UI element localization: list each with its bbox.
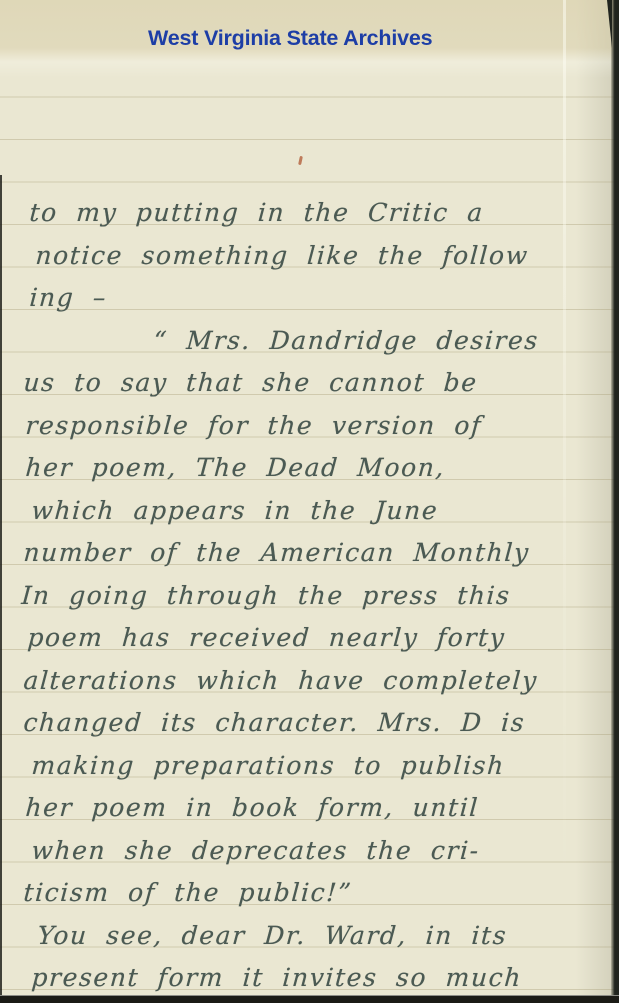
- handwritten-line: making preparations to publish: [30, 745, 619, 788]
- handwritten-line: when she deprecates the cri-: [30, 830, 619, 873]
- handwritten-line: responsible for the version of: [24, 405, 619, 448]
- handwritten-line: You see, dear Dr. Ward, in its: [36, 915, 619, 958]
- letter-body: to my putting in the Critic a notice som…: [0, 192, 619, 1000]
- scan-edge-right-wedge: [607, 0, 612, 48]
- handwritten-line: present form it invites so much: [30, 957, 619, 1000]
- handwritten-line: In going through the press this: [20, 575, 619, 618]
- handwritten-line: notice something like the follow: [34, 235, 619, 278]
- handwritten-line: her poem, The Dead Moon,: [24, 447, 619, 490]
- stray-ink-mark: [298, 156, 303, 165]
- scan-edge-right: [611, 0, 619, 1003]
- handwritten-line: her poem in book form, until: [24, 787, 619, 830]
- handwritten-line: ticism of the public!”: [22, 872, 619, 915]
- letter-page: West Virginia State Archives to my putti…: [0, 0, 619, 1003]
- handwritten-line: poem has received nearly forty: [26, 617, 619, 660]
- handwritten-line: to my putting in the Critic a: [28, 192, 619, 235]
- handwritten-line: “ Mrs. Dandridge desires: [152, 320, 619, 363]
- archive-stamp: West Virginia State Archives: [148, 26, 432, 51]
- handwritten-line: ing –: [28, 277, 619, 320]
- handwritten-line: number of the American Monthly: [22, 532, 619, 575]
- scan-edge-bottom: [0, 995, 619, 1003]
- handwritten-line: which appears in the June: [30, 490, 619, 533]
- handwritten-line: alterations which have completely: [22, 660, 619, 703]
- handwritten-line: us to say that she cannot be: [22, 362, 619, 405]
- scan-edge-left: [0, 175, 2, 996]
- handwritten-line: changed its character. Mrs. D is: [22, 702, 619, 745]
